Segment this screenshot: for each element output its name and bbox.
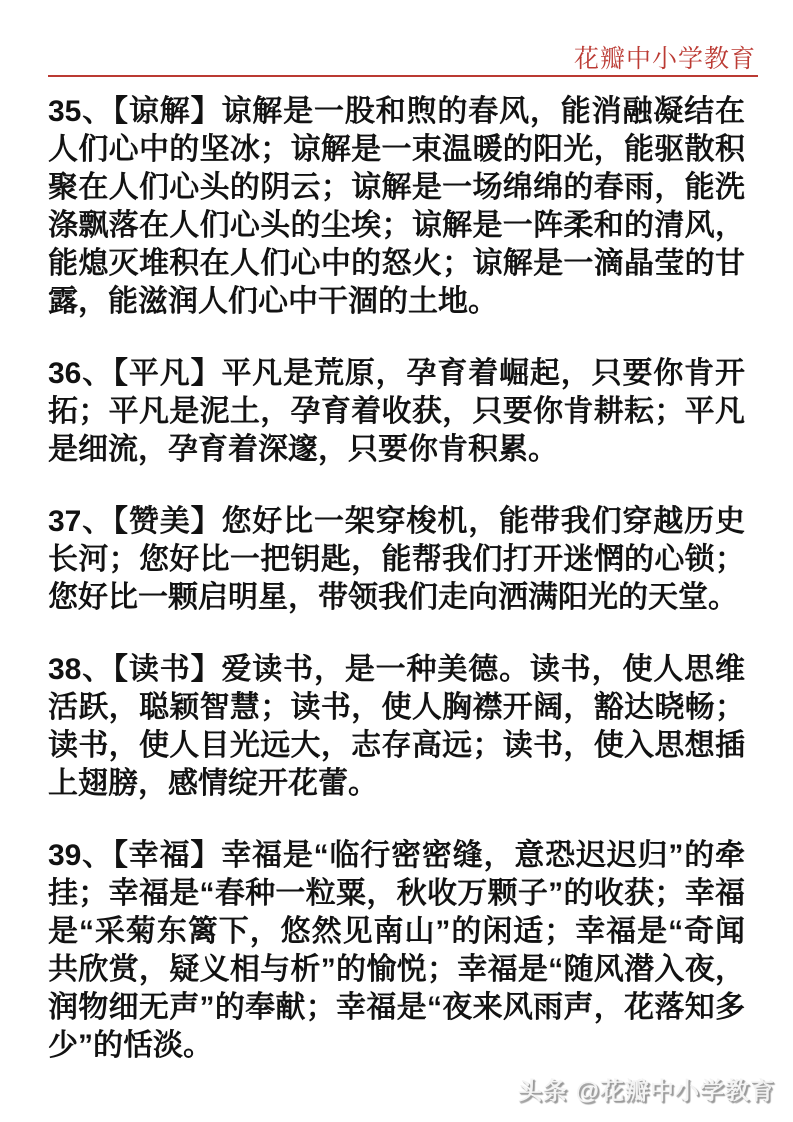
paragraph-38-label: 38、【读书】 — [48, 653, 221, 686]
paragraph-35-body: 谅解是一股和煦的春风，能消融凝结在人们心中的坚冰；谅解是一束温暖的阳光，能驱散积… — [48, 95, 745, 318]
watermark: 头条 @花瓣中小学教育 — [518, 1071, 775, 1106]
paragraph-39-body: 幸福是“临行密密缝，意恐迟迟归”的牵挂；幸福是“春种一粒粟，秋收万颗子”的收获；… — [48, 839, 745, 1062]
paragraph-37: 37、【赞美】您好比一架穿梭机，能带我们穿越历史长河；您好比一把钥匙，能帮我们打… — [48, 503, 745, 617]
page-header: 花瓣中小学教育 — [48, 0, 758, 77]
paragraph-37-label: 37、【赞美】 — [48, 505, 221, 538]
paragraph-35: 35、【谅解】谅解是一股和煦的春风，能消融凝结在人们心中的坚冰；谅解是一束温暖的… — [48, 93, 745, 321]
document-content: 35、【谅解】谅解是一股和煦的春风，能消融凝结在人们心中的坚冰；谅解是一束温暖的… — [0, 77, 793, 1065]
paragraph-39-label: 39、【幸福】 — [48, 839, 221, 872]
paragraph-35-label: 35、【谅解】 — [48, 95, 221, 128]
brand-title: 花瓣中小学教育 — [574, 46, 756, 73]
paragraph-38: 38、【读书】爱读书，是一种美德。读书，使人思维活跃，聪颖智慧；读书，使人胸襟开… — [48, 651, 745, 803]
paragraph-36-label: 36、【平凡】 — [48, 357, 221, 390]
document-page: 花瓣中小学教育 35、【谅解】谅解是一股和煦的春风，能消融凝结在人们心中的坚冰；… — [0, 0, 793, 1122]
paragraph-36: 36、【平凡】平凡是荒原，孕育着崛起，只要你肯开拓；平凡是泥土，孕育着收获，只要… — [48, 355, 745, 469]
paragraph-39: 39、【幸福】幸福是“临行密密缝，意恐迟迟归”的牵挂；幸福是“春种一粒粟，秋收万… — [48, 837, 745, 1065]
